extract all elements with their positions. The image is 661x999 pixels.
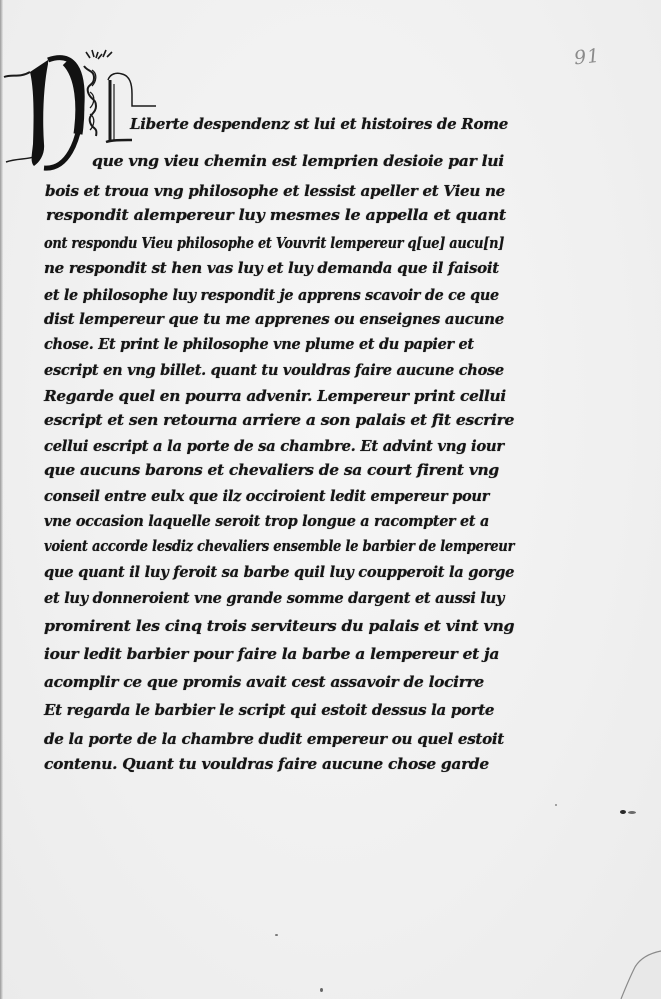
- manuscript-line: ne respondit st hen vas luy et luy deman…: [44, 260, 499, 277]
- ink-speck: [555, 804, 557, 806]
- manuscript-line: que vng vieu chemin est lemprien desioie…: [92, 153, 504, 170]
- manuscript-line: Regarde quel en pourra advenir. Lempereu…: [44, 388, 506, 405]
- manuscript-line: chose. Et print le philosophe vne plume …: [44, 336, 474, 353]
- manuscript-line: bois et troua vng philosophe et lessist …: [45, 183, 505, 200]
- manuscript-line: voient accorde lesdiz chevaliers ensembl…: [44, 538, 514, 555]
- manuscript-line: et luy donneroient vne grande somme darg…: [44, 590, 504, 607]
- manuscript-line: Et regarda le barbier le script qui esto…: [44, 702, 494, 719]
- manuscript-line: cellui escript a la porte de sa chambre.…: [44, 438, 504, 455]
- ink-speck: [628, 811, 636, 814]
- manuscript-line: acomplir ce que promis avait cest assavo…: [44, 674, 484, 691]
- manuscript-line: dist lempereur que tu me apprenes ou ens…: [44, 311, 504, 328]
- manuscript-line: iour ledit barbier pour faire la barbe a…: [44, 646, 499, 663]
- manuscript-line: ont respondu Vieu philosophe et Vouvrit …: [44, 235, 504, 252]
- manuscript-page: 91 Liberte despendenz st lui et histoire…: [0, 0, 661, 999]
- manuscript-line: que aucuns barons et chevaliers de sa co…: [44, 462, 499, 479]
- manuscript-line: respondit alempereur luy mesmes le appel…: [46, 207, 506, 224]
- manuscript-line: promirent les cinq trois serviteurs du p…: [44, 618, 514, 635]
- manuscript-line: de la porte de la chambre dudit empereur…: [44, 731, 504, 748]
- manuscript-line: conseil entre eulx que ilz occiroient le…: [44, 488, 489, 505]
- manuscript-line: Liberte despendenz st lui et histoires d…: [130, 116, 508, 133]
- manuscript-line: vne occasion laquelle seroit trop longue…: [44, 513, 489, 530]
- ink-speck: [320, 988, 323, 992]
- manuscript-line: contenu. Quant tu vouldras faire aucune …: [44, 756, 489, 773]
- manuscript-line: escript en vng billet. quant tu vouldras…: [44, 362, 504, 379]
- ink-speck: [620, 810, 626, 814]
- manuscript-line: et le philosophe luy respondit je appren…: [44, 287, 499, 304]
- page-corner-fold: [611, 909, 661, 999]
- manuscript-line: escript et sen retourna arriere a son pa…: [44, 412, 514, 429]
- ink-speck: [275, 934, 278, 936]
- manuscript-line: que quant il luy feroit sa barbe quil lu…: [44, 564, 514, 581]
- manuscript-text-block: Liberte despendenz st lui et histoires d…: [0, 0, 661, 999]
